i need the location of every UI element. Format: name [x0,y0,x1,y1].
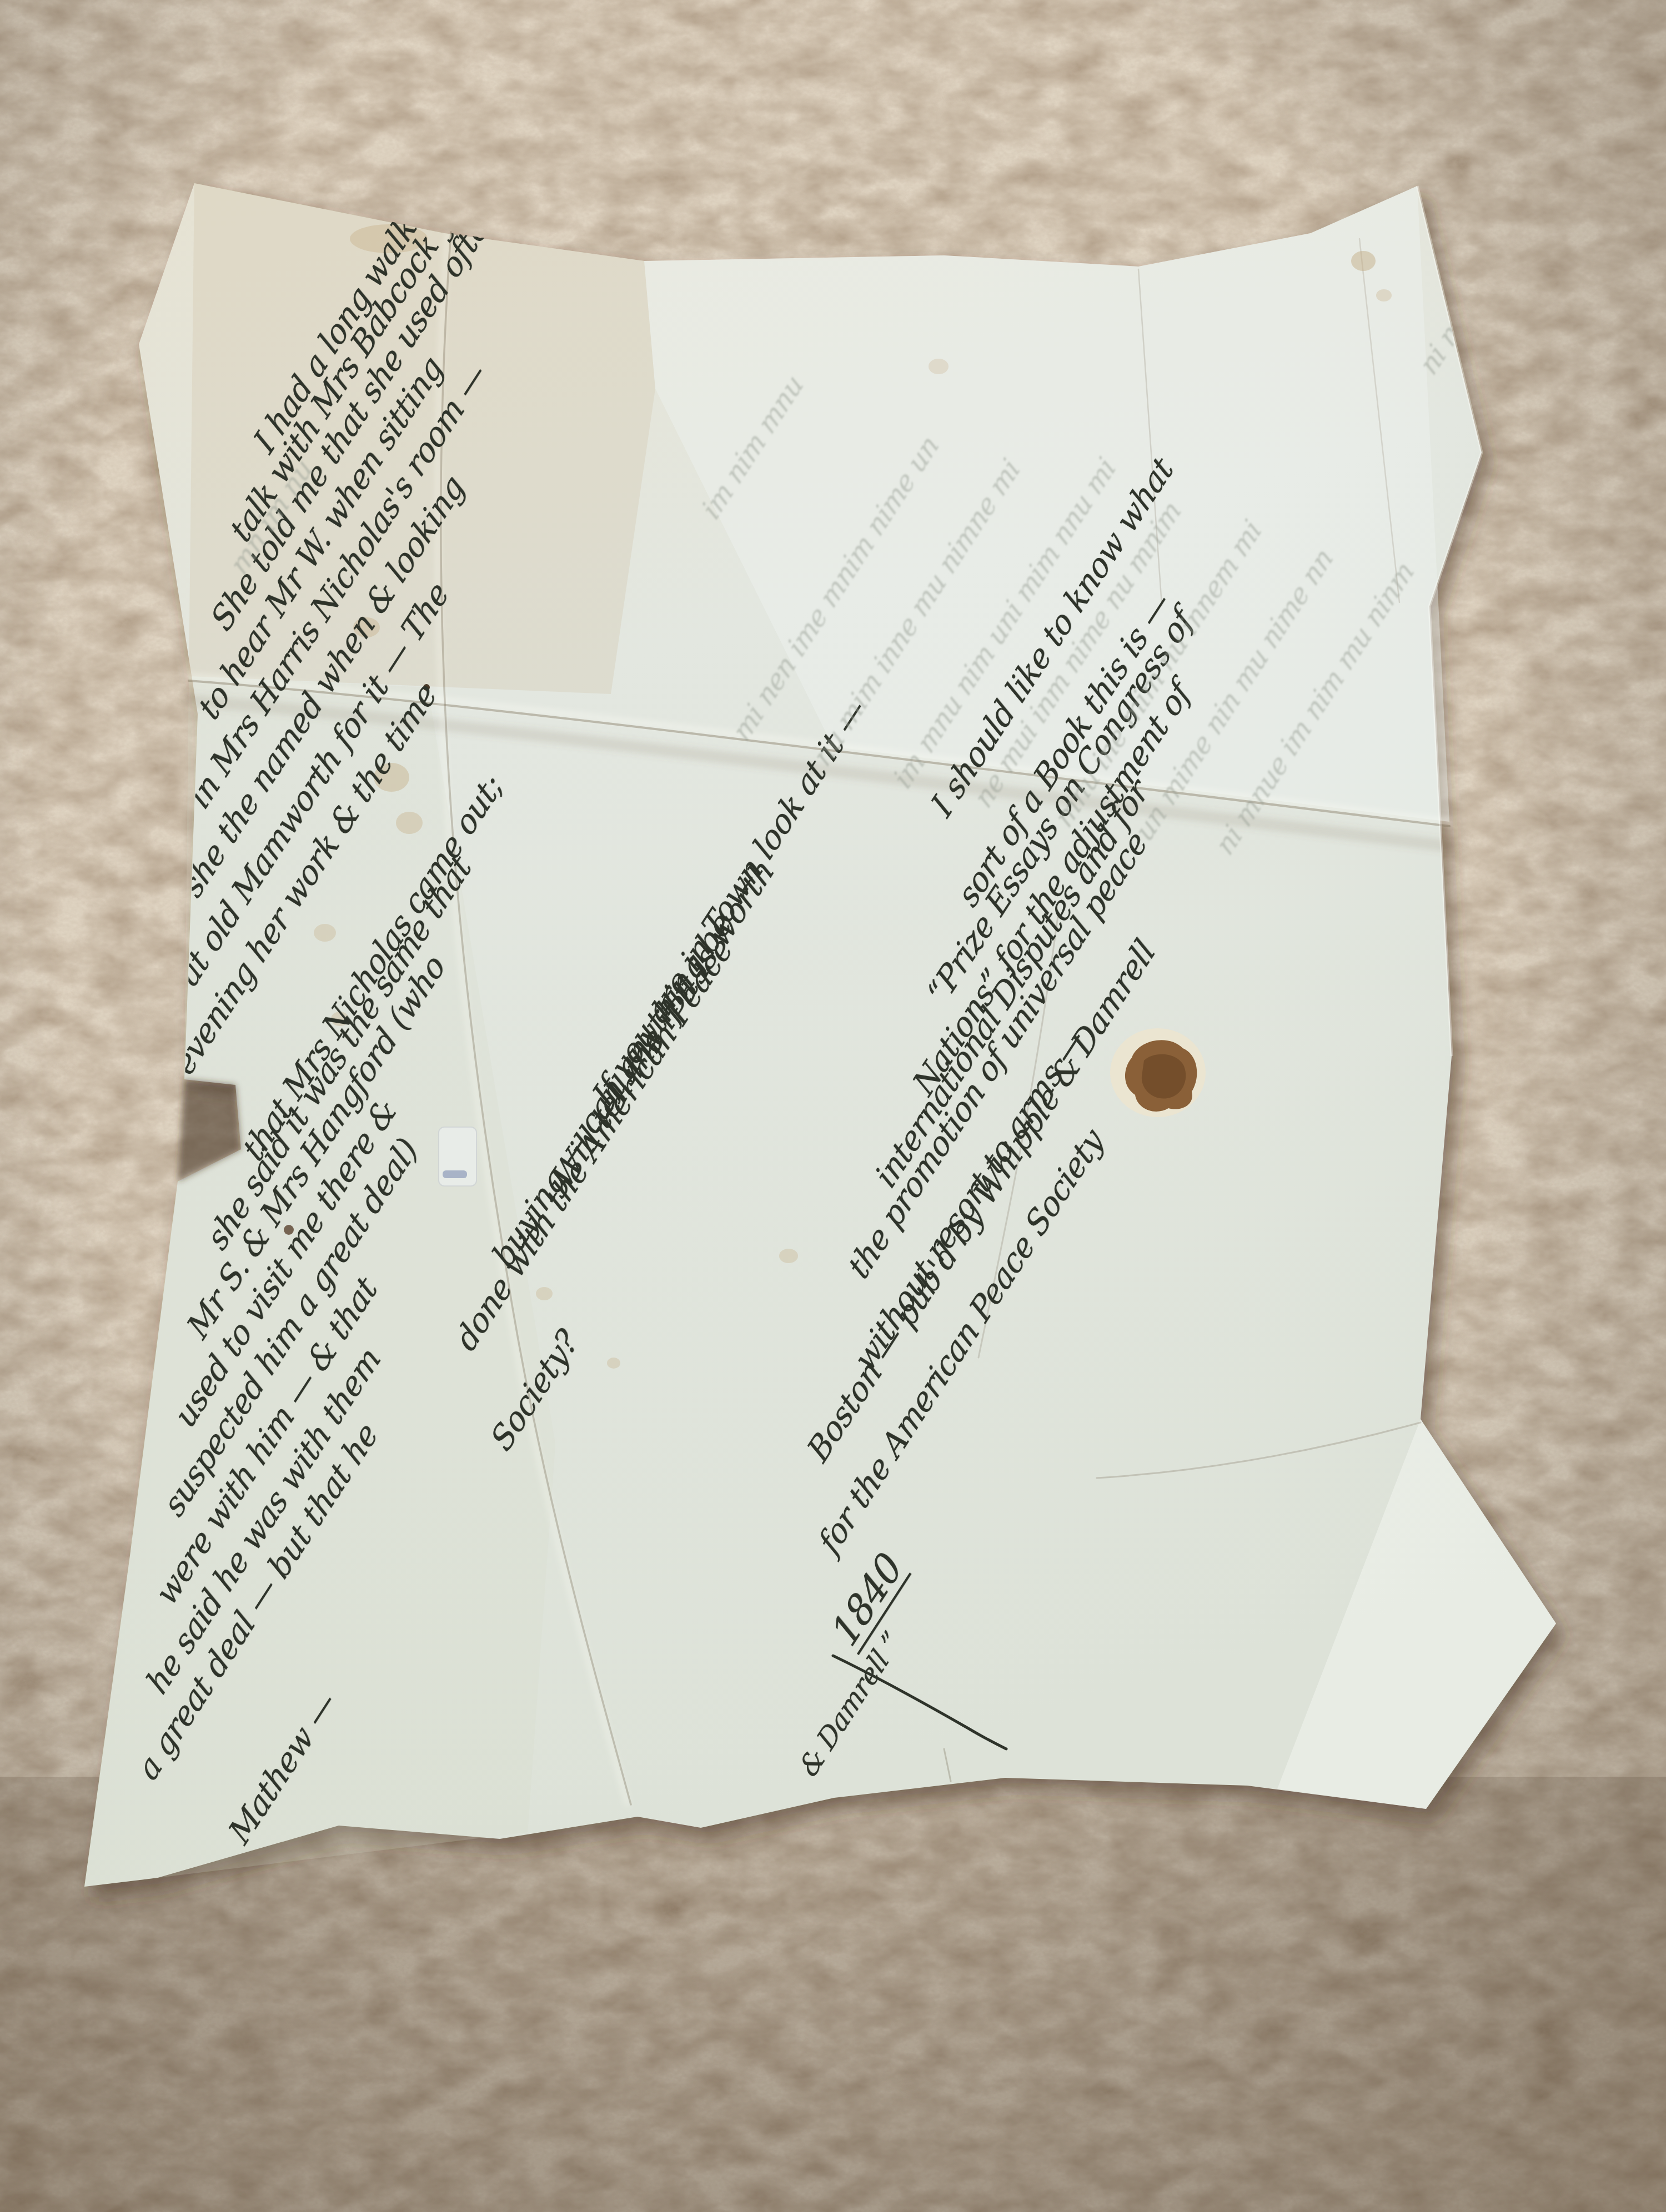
handwritten-line: & Damrell ” [795,1627,906,1782]
showthrough-line: mi nen ime mnim nime un [728,430,944,747]
handwritten-line: Society? [485,1324,584,1457]
handwritten-line: done with the American Peace [450,931,738,1357]
handwritten-line: Mathew — [223,1685,342,1850]
showthrough-line: im nim mnu [697,370,809,525]
letter-photo: I had a long walk & a longtalk with Mrs … [0,0,1666,2212]
